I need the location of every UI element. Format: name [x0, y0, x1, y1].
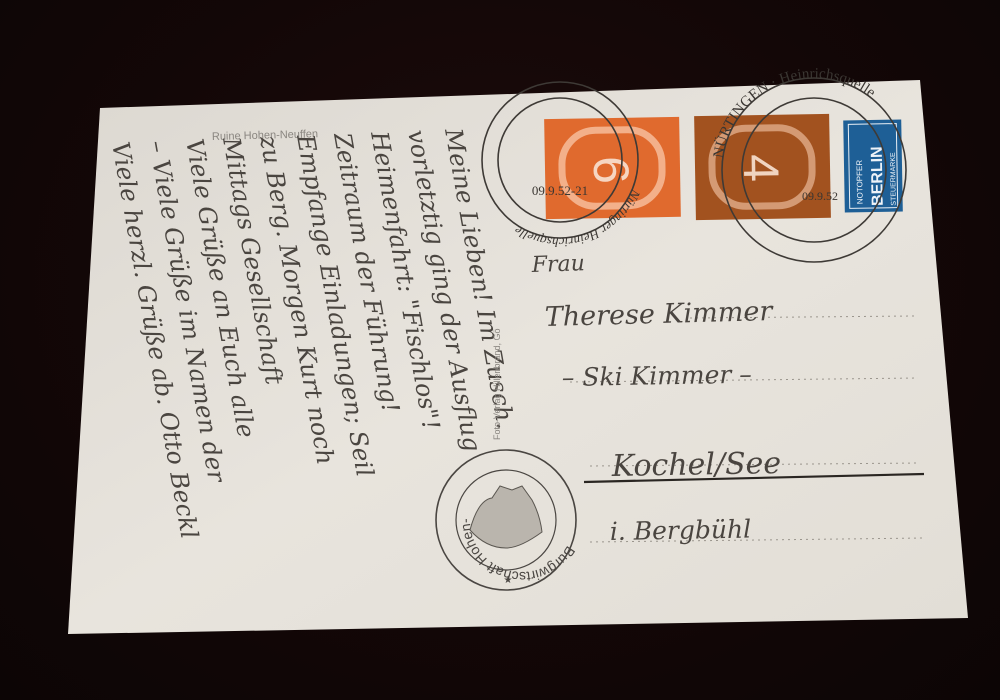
svg-text:09.9.52: 09.9.52 [802, 189, 838, 203]
address-line2: – Ski Kimmer – [562, 360, 752, 392]
svg-text:09.9.52-21: 09.9.52-21 [532, 183, 588, 198]
svg-text:6: 6 [583, 156, 639, 185]
svg-text:STEUERMARKE: STEUERMARKE [890, 152, 898, 206]
postcard: Ruine Hohen-Neuffen Meine Lieben! Im Zus… [0, 0, 1000, 700]
photo-scene: Ruine Hohen-Neuffen Meine Lieben! Im Zus… [0, 0, 1000, 700]
address-salutation: Frau [530, 251, 585, 278]
address-line3: Kochel/See [611, 446, 782, 484]
publisher-imprint: Foto-Verlag Hillenbrand, Gö [492, 328, 502, 440]
address-line1: Therese Kimmer [544, 296, 774, 333]
svg-text:★: ★ [504, 575, 513, 586]
stamp-notopfer-berlin: NOTOPFER BERLIN STEUERMARKE [843, 119, 903, 212]
stamp-posthorn-6: 6 [544, 117, 681, 219]
svg-text:NOTOPFER: NOTOPFER [855, 160, 865, 205]
address-line4: i. Bergbühl [610, 515, 752, 546]
stamp-posthorn-4: 4 [694, 114, 831, 220]
